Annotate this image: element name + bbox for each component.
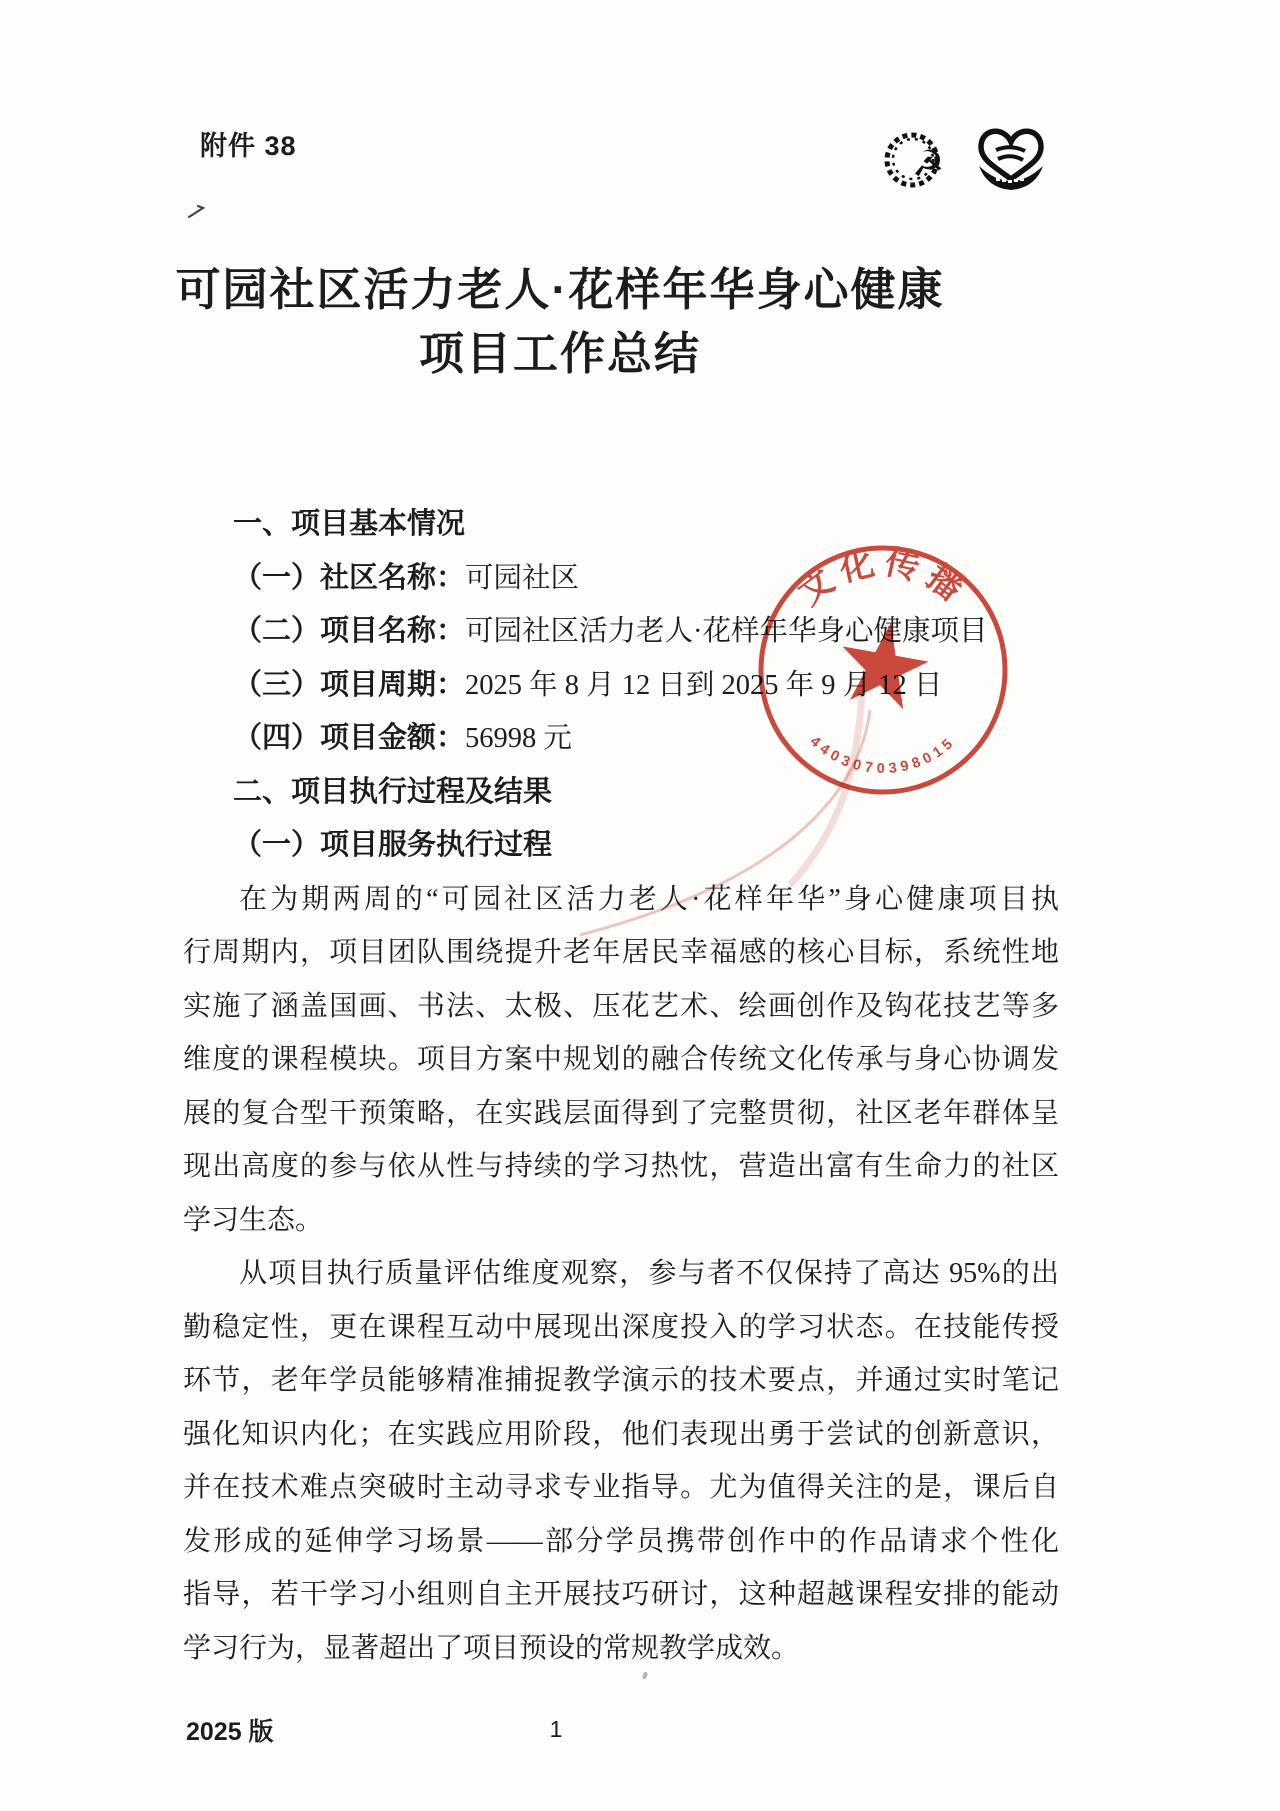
paragraph-line: 环节，老年学员能够精准捕捉教学演示的技术要点，并通过实时笔记 bbox=[183, 1354, 1059, 1408]
document-title: 可园社区活力老人·花样年华身心健康 项目工作总结 bbox=[100, 258, 1020, 386]
paragraph-line: 发形成的延伸学习场景——部分学员携带创作中的作品请求个性化 bbox=[183, 1515, 1059, 1569]
paragraph-2: 从项目执行质量评估维度观察，参与者不仅保持了高达 95%的出勤稳定性，更在课程互… bbox=[183, 1247, 1059, 1675]
paragraph-line: 学习生态。 bbox=[183, 1194, 1059, 1248]
paragraph-line: 勤稳定性，更在课程互动中展现出深度投入的学习状态。在技能传授 bbox=[183, 1301, 1059, 1355]
paragraph-line: 展的复合型干预策略，在实践层面得到了完整贯彻，社区老年群体呈 bbox=[183, 1087, 1059, 1141]
footer-version-label: 2025 版 bbox=[186, 1712, 274, 1748]
paragraph-line: 从项目执行质量评估维度观察，参与者不仅保持了高达 95%的出 bbox=[183, 1247, 1059, 1301]
header-logos: ☭ bbox=[882, 116, 1050, 202]
heart-hands-icon bbox=[972, 116, 1050, 192]
seal-serial-number: 4403070398015 bbox=[807, 733, 960, 777]
paragraph-line: 学习行为，显著超出了项目预设的常规教学成效。 bbox=[183, 1622, 1059, 1676]
info-label: （二）项目名称： bbox=[233, 615, 465, 647]
seal-arc-text: 文化传播 bbox=[791, 543, 975, 613]
title-line-1: 可园社区活力老人·花样年华身心健康 bbox=[100, 258, 1020, 322]
paragraph-line: 强化知识内化；在实践应用阶段，他们表现出勇于尝试的创新意识， bbox=[183, 1408, 1059, 1462]
svg-text:文化传播: 文化传播 bbox=[791, 543, 975, 613]
info-label: （四）项目金额： bbox=[233, 722, 465, 754]
info-value: 可园社区 bbox=[465, 563, 579, 594]
info-label: （三）项目周期： bbox=[233, 669, 465, 701]
paragraph-line: 实施了涵盖国画、书法、太极、压花艺术、绘画创作及钩花技艺等多 bbox=[183, 980, 1059, 1034]
paragraph-line: 维度的课程模块。项目方案中规划的融合传统文化传承与身心协调发 bbox=[183, 1033, 1059, 1087]
svg-text:☭: ☭ bbox=[912, 144, 944, 185]
paragraph-line: 现出高度的参与依从性与持续的学习热忱，营造出富有生命力的社区 bbox=[183, 1140, 1059, 1194]
title-line-2: 项目工作总结 bbox=[100, 322, 1020, 386]
svg-text:4403070398015: 4403070398015 bbox=[807, 733, 960, 777]
seal-star-icon bbox=[842, 623, 928, 710]
info-label: （一）社区名称： bbox=[233, 562, 465, 594]
pen-mark bbox=[188, 204, 208, 220]
attachment-label: 附件 38 bbox=[200, 124, 297, 163]
document-page: 附件 38 ☭ 可园社区活力老人·花样年华身心健康 项目工作总结 一、项目基本情… bbox=[0, 0, 1280, 1811]
paragraph-line: 并在技术难点突破时主动寻求专业指导。尤为值得关注的是，课后自 bbox=[183, 1461, 1059, 1515]
scan-speck bbox=[642, 1672, 648, 1680]
company-seal: 文化传播 4403070398015 bbox=[743, 530, 1023, 810]
hammer-sickle-wreath-icon: ☭ bbox=[882, 116, 956, 202]
page-number: 1 bbox=[536, 1716, 576, 1743]
paragraph-line: 指导，若干学习小组则自主开展技巧研讨，这种超越课程安排的能动 bbox=[183, 1568, 1059, 1622]
